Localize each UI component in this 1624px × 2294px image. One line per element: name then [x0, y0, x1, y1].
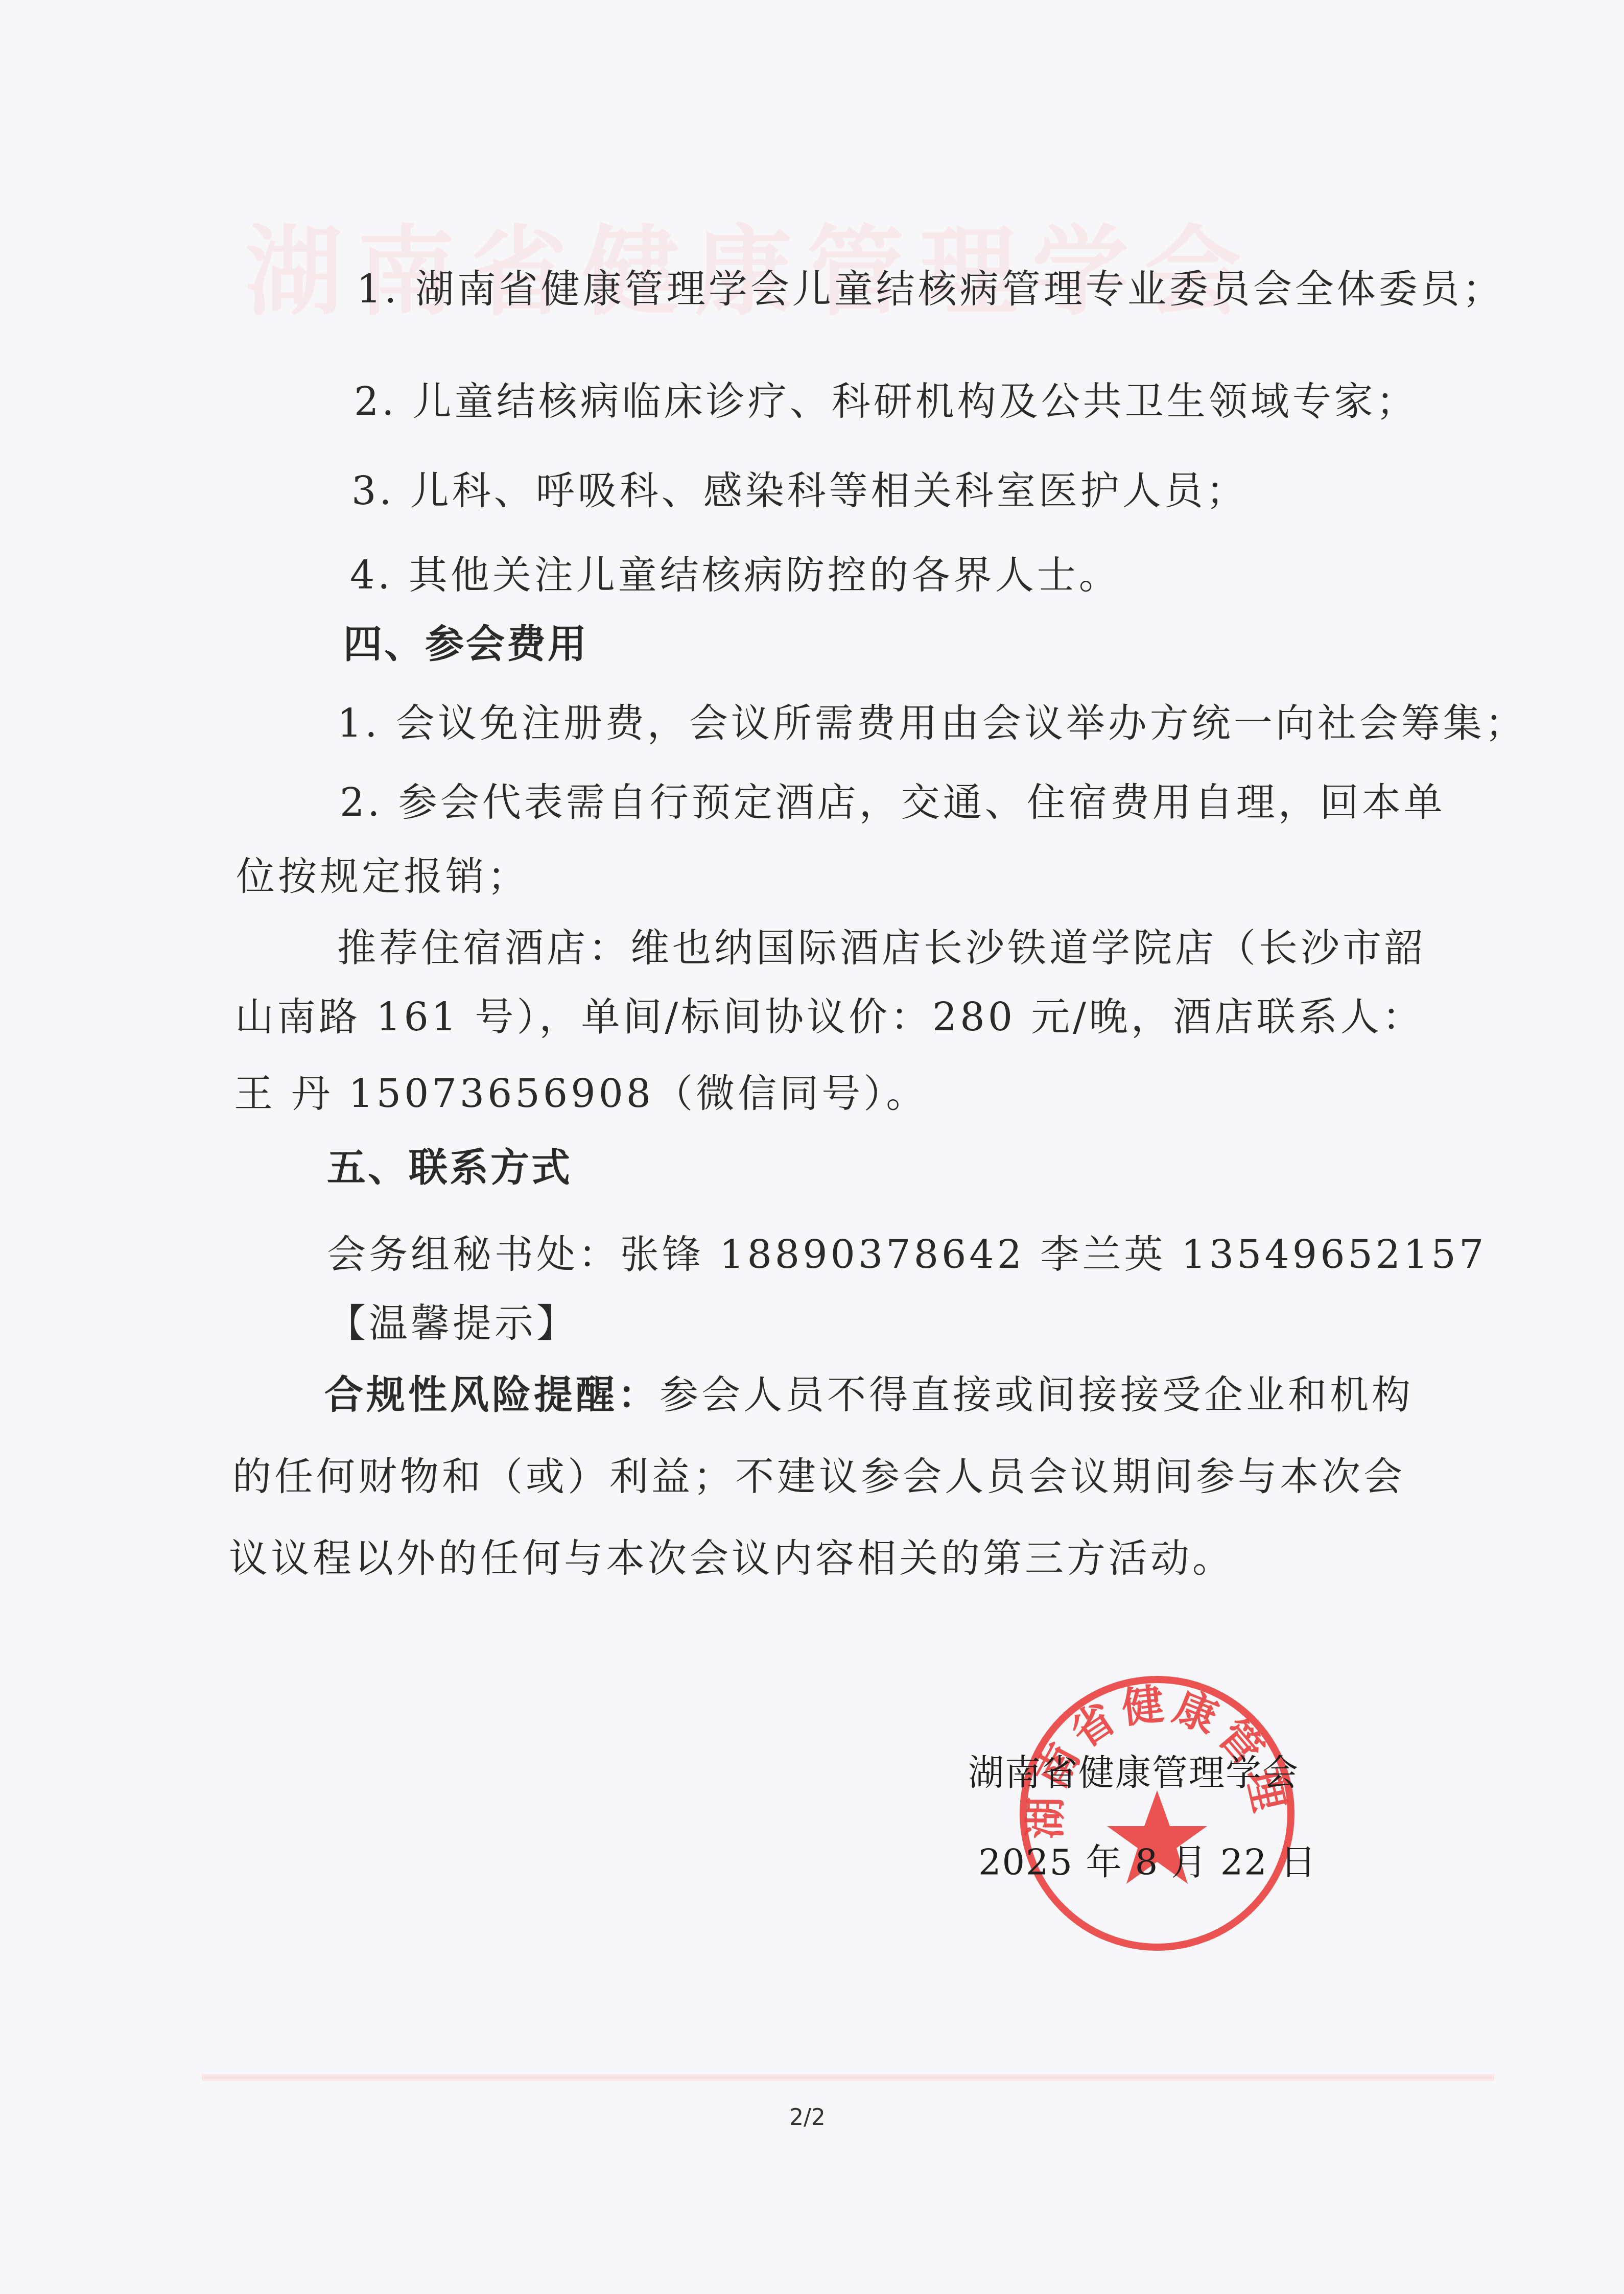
audience-item-3: 3. 儿科、呼吸科、感染科等相关科室医护人员； — [351, 460, 1248, 515]
footer-divider — [202, 2074, 1494, 2081]
compliance-reminder-line-3: 议议程以外的任何与本次会议内容相关的第三方活动。 — [229, 1527, 1234, 1583]
audience-item-2: 2. 儿童结核病临床诊疗、科研机构及公共卫生领域专家； — [354, 370, 1418, 426]
fees-item-2-cont: 位按规定报销； — [236, 845, 529, 901]
hotel-line-1: 推荐住宿酒店：维也纳国际酒店长沙铁道学院店（长沙市韶 — [337, 917, 1426, 973]
compliance-label: 合规性风险提醒： — [324, 1372, 660, 1417]
audience-item-4: 4. 其他关注儿童结核病防控的各界人士。 — [350, 544, 1121, 600]
fees-item-2: 2. 参会代表需自行预定酒店，交通、住宿费用自理，回本单 — [340, 771, 1446, 827]
fees-item-1: 1. 会议免注册费，会议所需费用由会议举办方统一向社会筹集； — [337, 692, 1527, 748]
section-title-fees: 四、参会费用 — [343, 613, 589, 669]
compliance-reminder-line-2: 的任何财物和（或）利益；不建议参会人员会议期间参与本次会 — [232, 1446, 1405, 1501]
official-seal-stamp: 湖南省健康管理学会 — [1014, 1670, 1300, 1956]
hotel-contact-line: 王 丹 15073656908（微信同号）。 — [234, 1062, 928, 1118]
page-number: 2/2 — [789, 2104, 826, 2131]
tips-title: 【温馨提示】 — [327, 1292, 578, 1348]
contact-secretariat: 会务组秘书处：张锋 18890378642 李兰英 13549652157 — [327, 1223, 1487, 1279]
hotel-line-2: 山南路 161 号），单间/标间协议价：280 元/晚，酒店联系人： — [235, 986, 1424, 1042]
signature-organization: 湖南省健康管理学会 — [968, 1744, 1299, 1796]
compliance-reminder-line-1: 合规性风险提醒：参会人员不得直接或间接接受企业和机构 — [324, 1364, 1414, 1420]
compliance-text-1: 参会人员不得直接或间接接受企业和机构 — [660, 1372, 1414, 1417]
audience-item-1: 1. 湖南省健康管理学会儿童结核病管理专业委员会全体委员； — [357, 258, 1504, 314]
section-title-contact: 五、联系方式 — [327, 1137, 572, 1192]
signature-date: 2025 年 8 月 22 日 — [978, 1834, 1317, 1885]
